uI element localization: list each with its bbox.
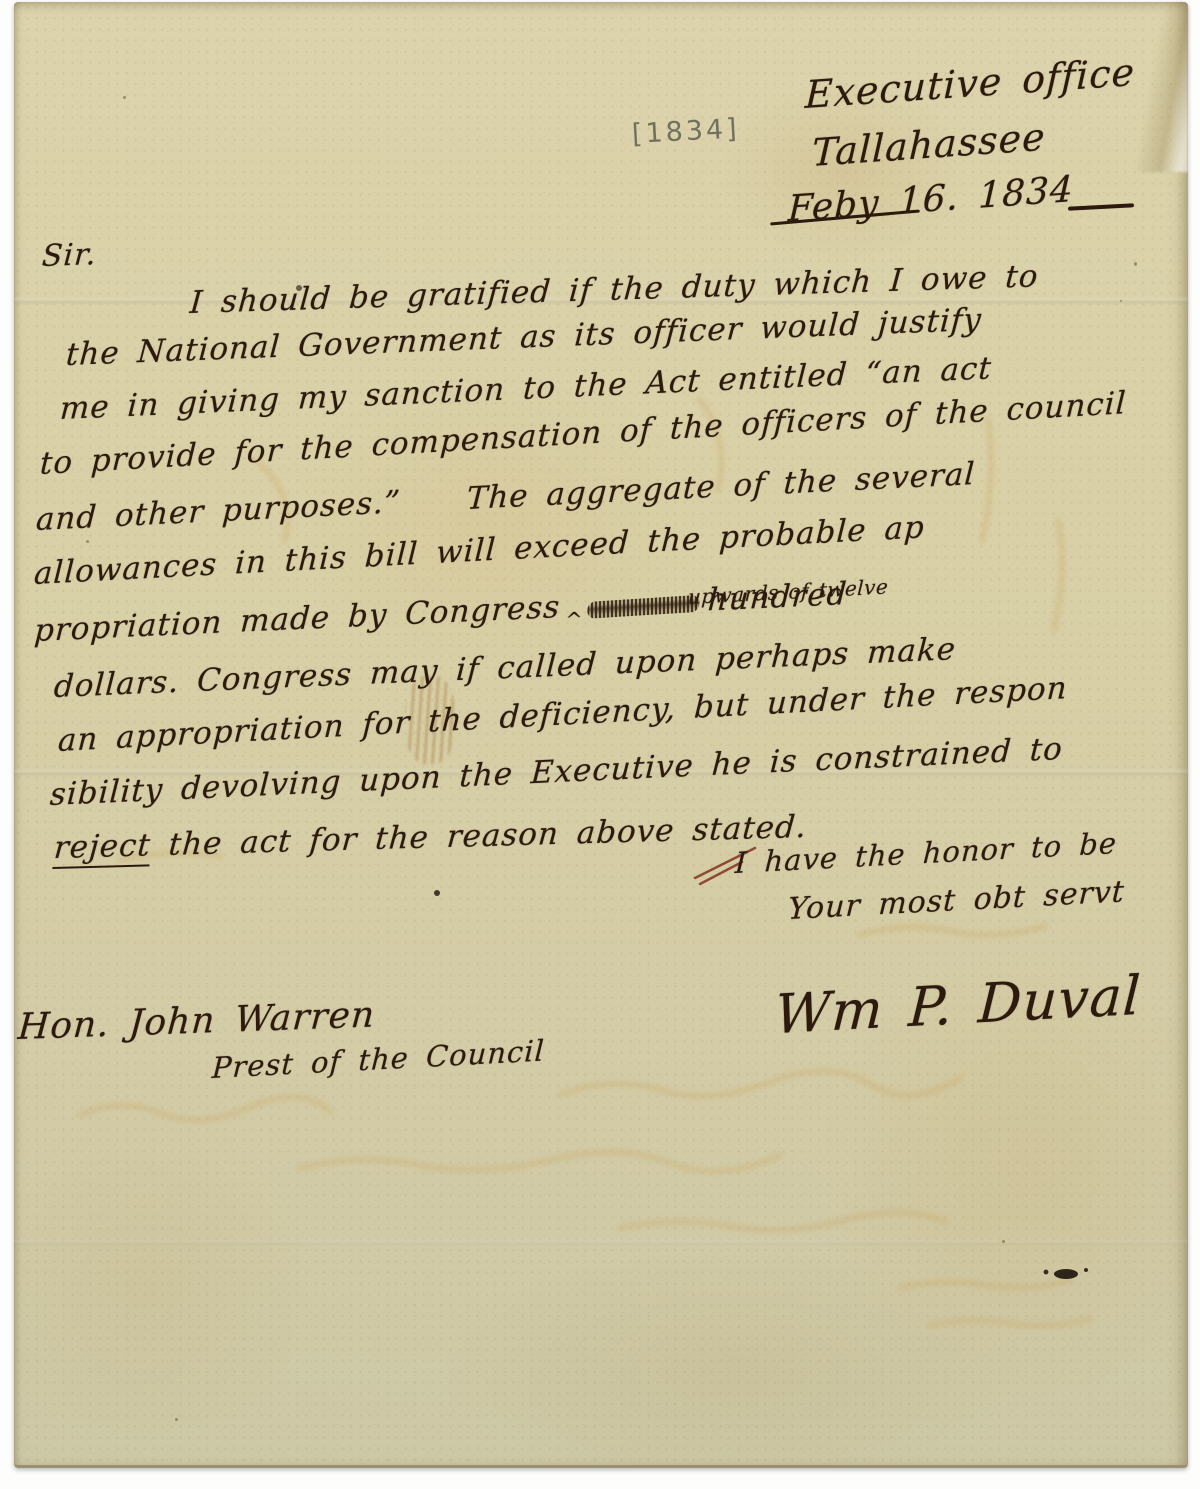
scribbled-out-word: [587, 595, 700, 619]
scanned-letter: [1834] Executive office Tallahassee Feby…: [0, 0, 1200, 1489]
paper-fleck: [1134, 262, 1137, 266]
paper-fleck: [123, 96, 126, 99]
pencil-year-annotation: [1834]: [631, 114, 740, 149]
body-line-7b: hundred: [707, 576, 849, 618]
paper-fleck: [175, 1418, 178, 1421]
paper-fleck: [1002, 1240, 1005, 1243]
line-gap: [400, 509, 466, 512]
underlined-word-reject: reject: [52, 827, 152, 869]
insertion-caret: ^: [565, 608, 584, 631]
paper-fleck: [86, 540, 89, 543]
salutation: Sir.: [41, 238, 98, 273]
paper-fleck: [1120, 300, 1122, 302]
